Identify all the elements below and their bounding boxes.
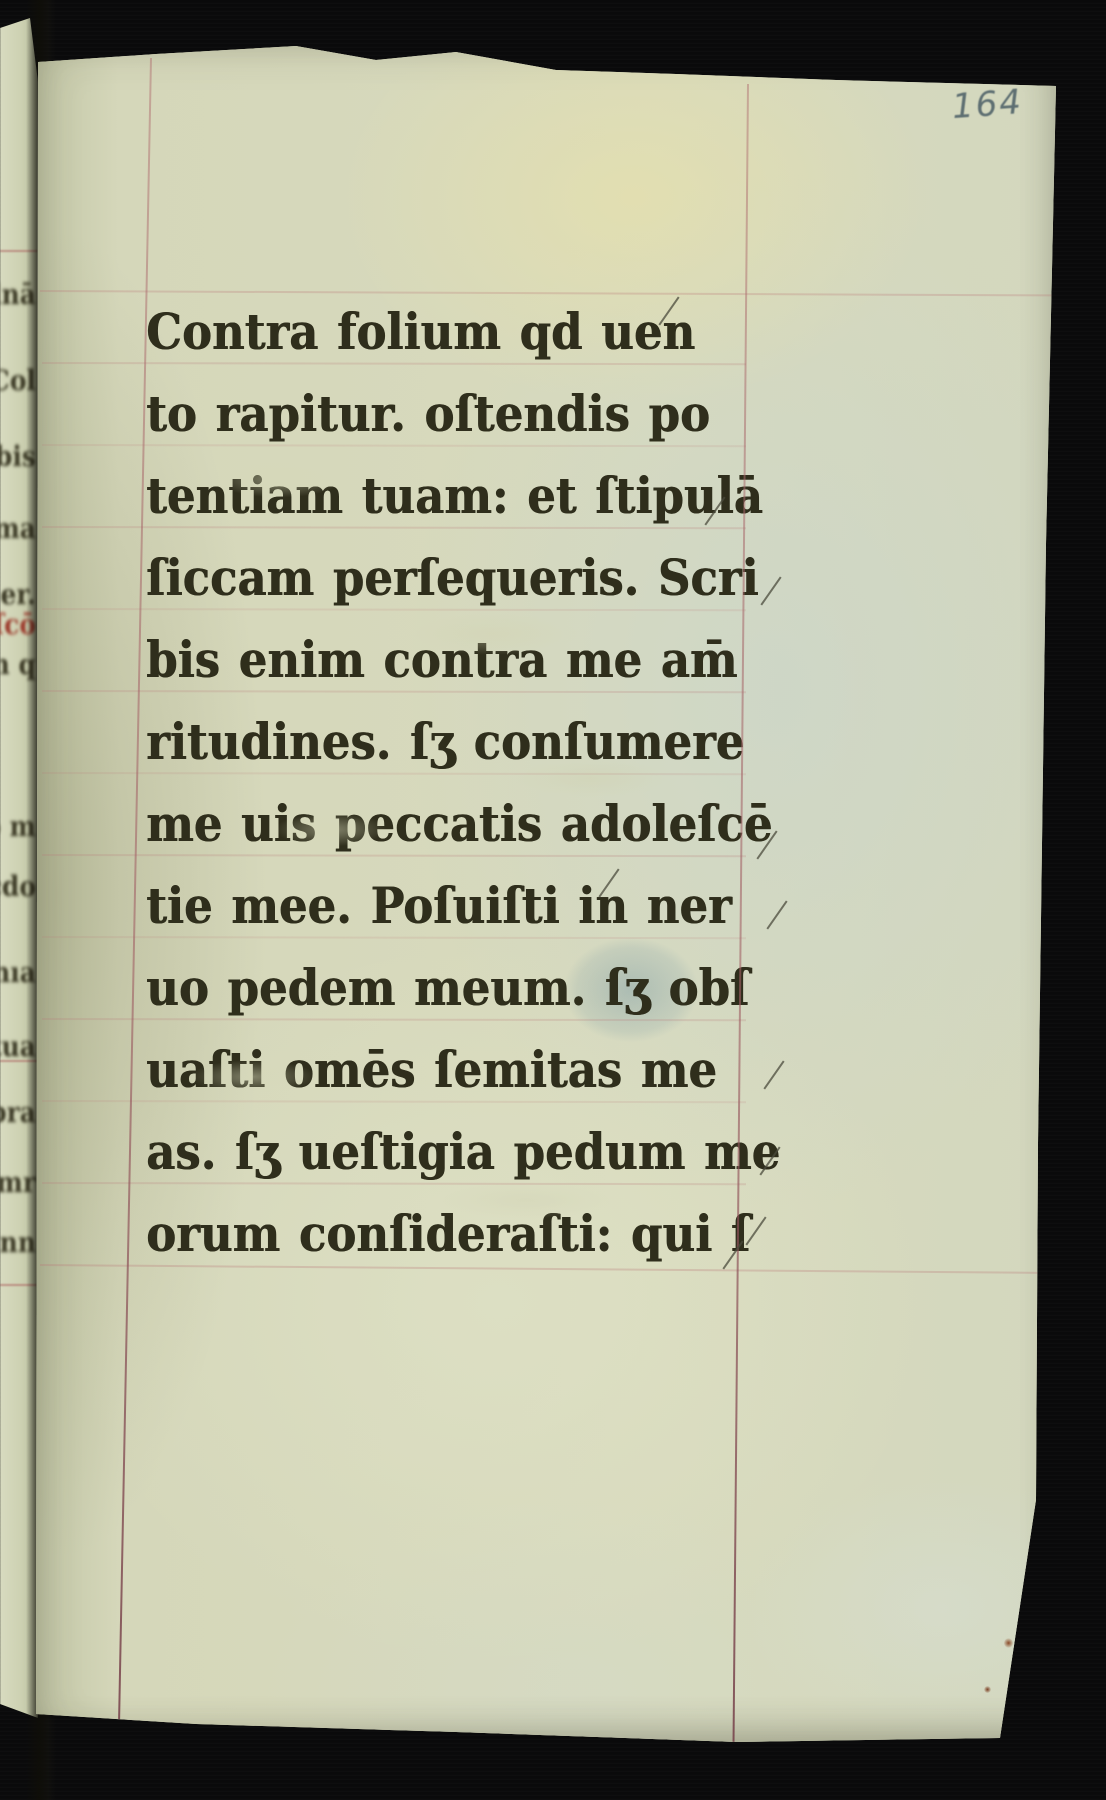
text-line: Contra folium qd uen (146, 290, 764, 380)
text-line: bis enim contra me am̄ (146, 618, 764, 708)
photo-backdrop: lnāColpbisbmaer.ſcōim qto mſcdoernıan tu… (0, 0, 1106, 1800)
text-line: as. ſʒ ueſtigia pedum me (146, 1110, 764, 1200)
text-line: uaſti omēs ſemitas me (146, 1028, 764, 1118)
text-line: tentiam tuam: et ſtipulā (146, 454, 764, 544)
text-line: uo pedem meum. ſʒ obſ (146, 946, 764, 1036)
folio-number: 164 (951, 81, 1044, 127)
line-filler-stroke (766, 901, 787, 930)
line-filler-stroke (763, 1061, 784, 1090)
text-line: ſiccam perſequeris. Scri (146, 536, 764, 626)
text-line: to rapitur. oſtendis po (146, 372, 764, 462)
manuscript-page: 164 Contra folium qd uento rapitur. oſte… (36, 44, 1066, 1744)
rust-spot (1004, 1638, 1013, 1648)
text-line: ritudines. ſʒ conſumere (146, 700, 764, 790)
rust-spot (984, 1686, 991, 1693)
text-line: tie mee. Poſuiſti in ner (146, 864, 764, 954)
text-line: me uis peccatis adoleſcē (146, 782, 764, 872)
